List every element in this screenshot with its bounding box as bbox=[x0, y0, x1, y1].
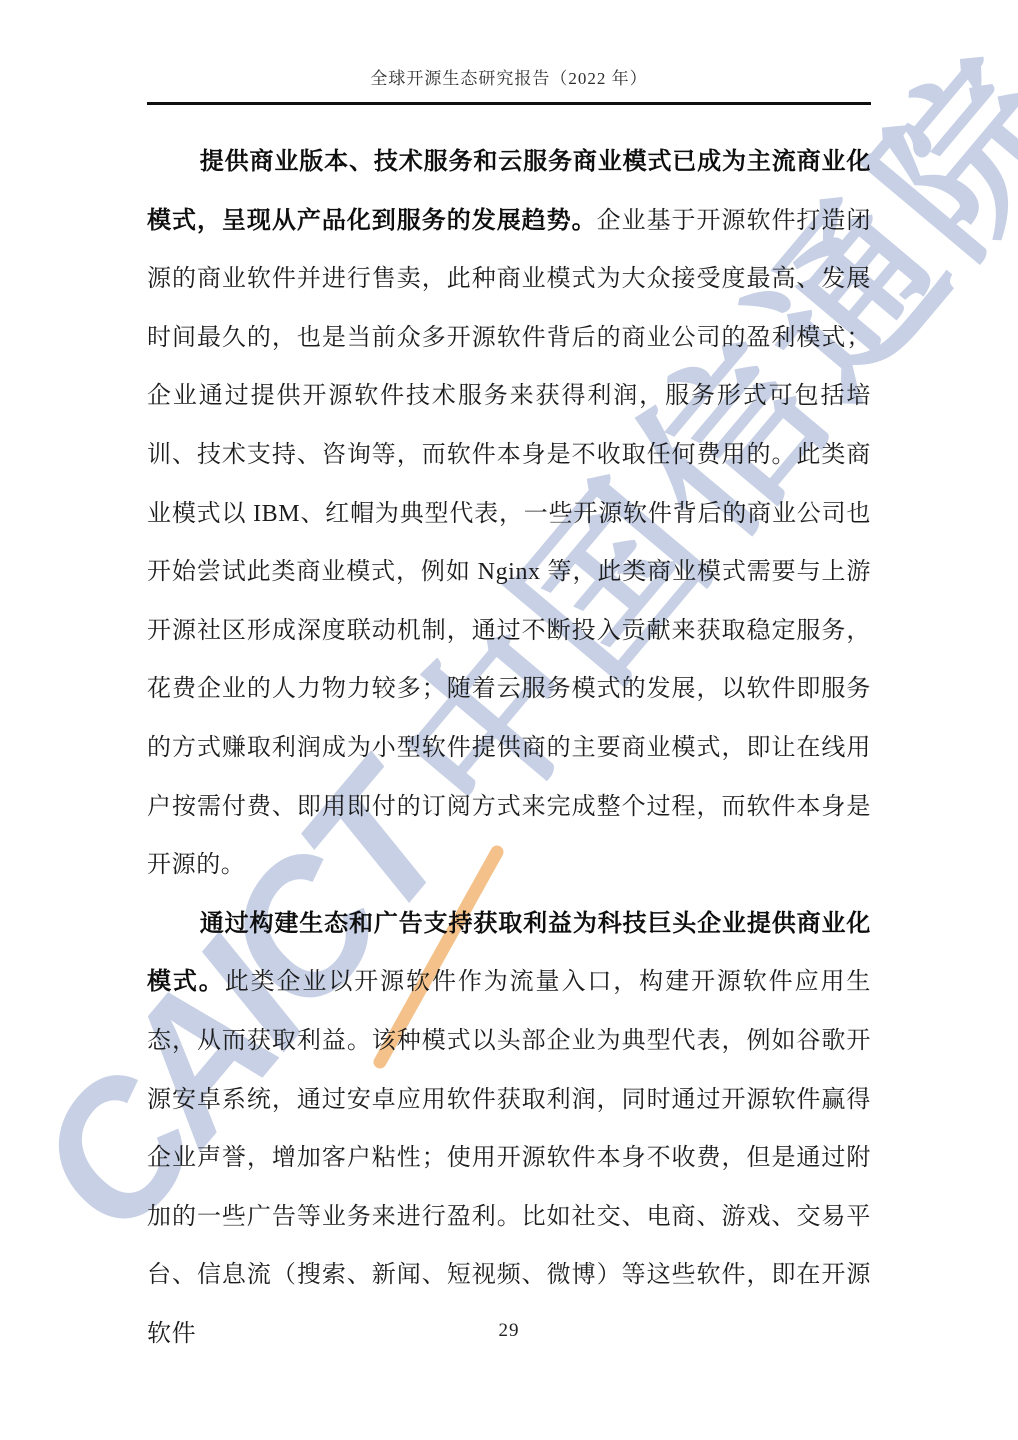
report-page: CAICT 中国信通院 全球开源生态研究报告（2022 年） 提供商业版本、技术… bbox=[0, 0, 1018, 1440]
page-number: 29 bbox=[499, 1320, 520, 1341]
header-title: 全球开源生态研究报告（2022 年） bbox=[0, 64, 1018, 89]
paragraph-1-body: 企业基于开源软件打造闭源的商业软件并进行售卖，此种商业模式为大众接受度最高、发展… bbox=[147, 208, 871, 879]
body-text: 提供商业版本、技术服务和云服务商业模式已成为主流商业化模式，呈现从产品化到服务的… bbox=[147, 133, 871, 1363]
page-footer: 29 bbox=[0, 1320, 1018, 1342]
paragraph-1: 提供商业版本、技术服务和云服务商业模式已成为主流商业化模式，呈现从产品化到服务的… bbox=[147, 133, 871, 895]
paragraph-2: 通过构建生态和广告支持获取利益为科技巨头企业提供商业化模式。此类企业以开源软件作… bbox=[147, 895, 871, 1364]
page-header: 全球开源生态研究报告（2022 年） bbox=[0, 0, 1018, 105]
paragraph-2-body: 此类企业以开源软件作为流量入口，构建开源软件应用生态，从而获取利益。该种模式以头… bbox=[147, 969, 871, 1347]
header-rule bbox=[147, 102, 871, 105]
